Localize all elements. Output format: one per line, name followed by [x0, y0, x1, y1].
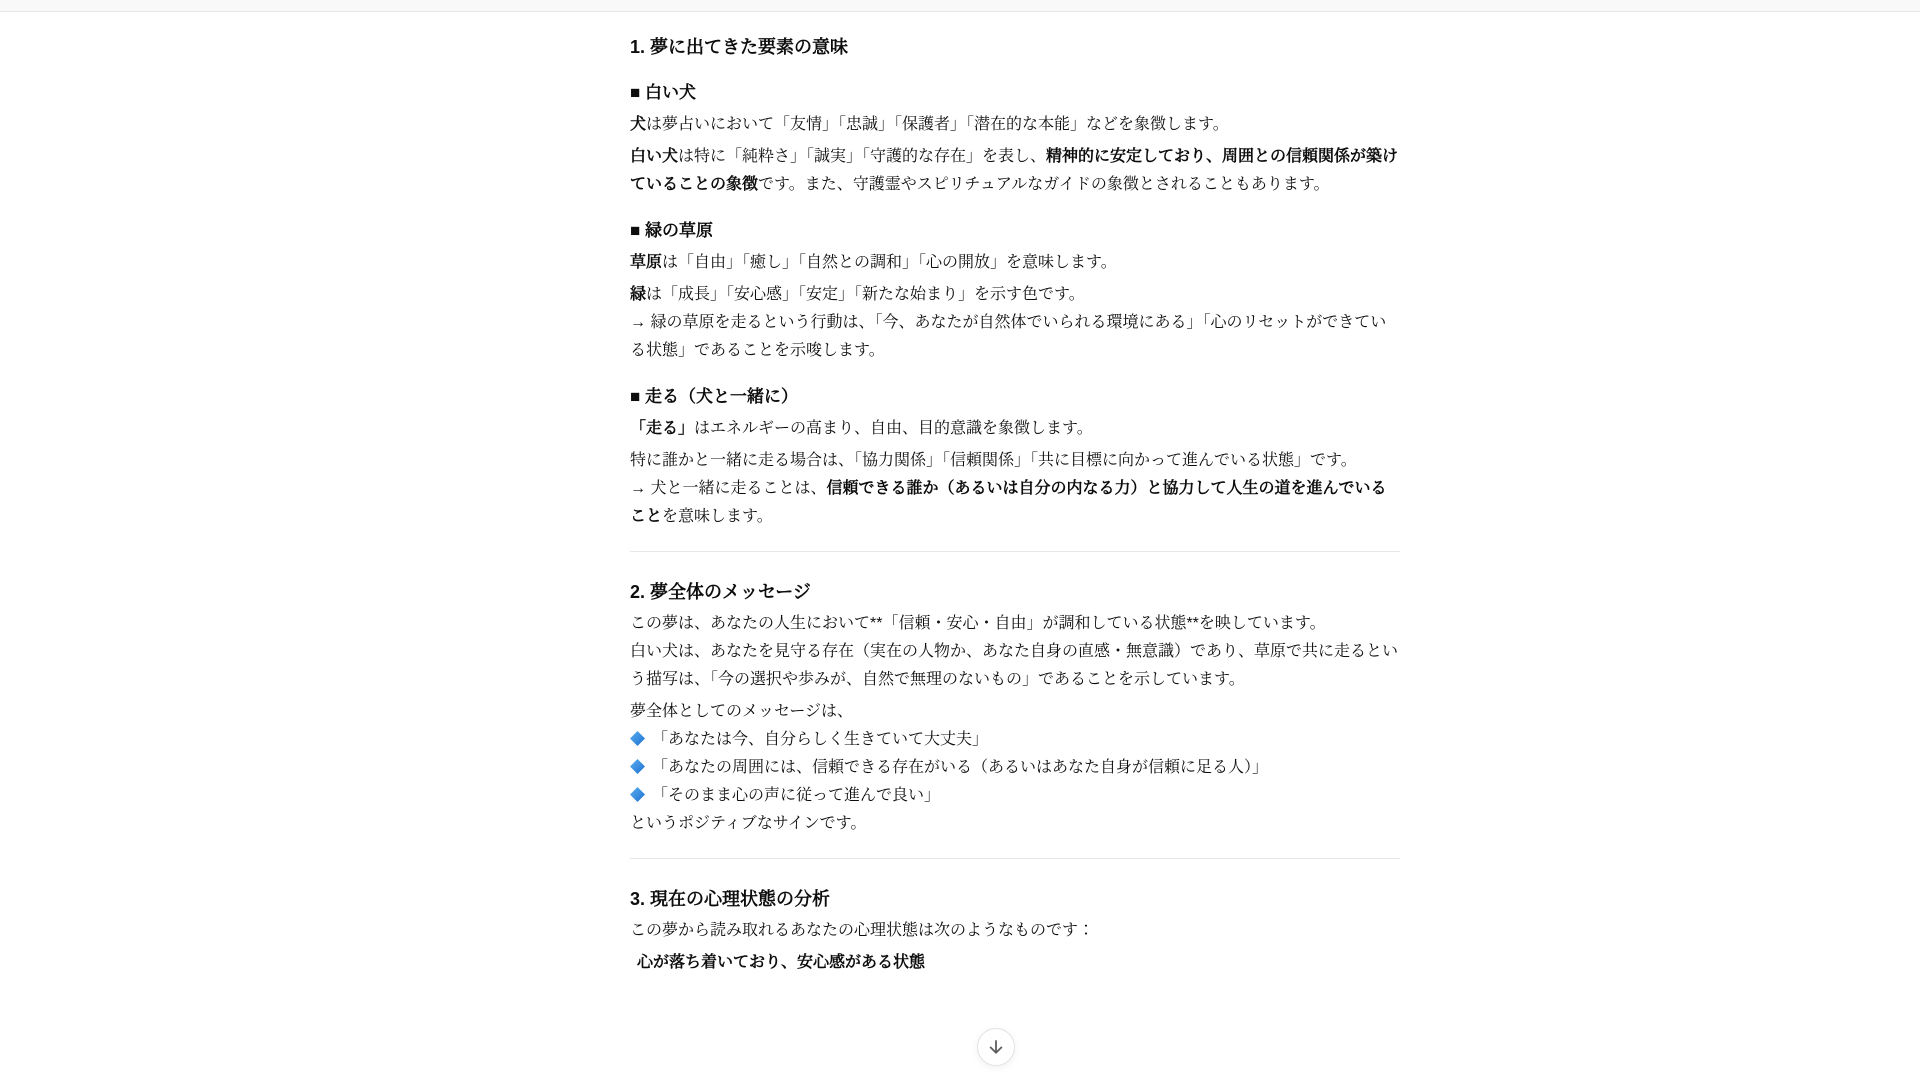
message-bullet: 「そのまま心の声に従って進んで良い」 [630, 782, 1400, 810]
paragraph-dream-message: 夢全体としてのメッセージは、 「あなたは今、自分らしく生きていて大丈夫」 「あな… [630, 698, 1400, 838]
section-2-heading: 2. 夢全体のメッセージ [630, 578, 1400, 606]
paragraph-psychology-intro: この夢から読み取れるあなたの心理状態は次のようなものです： [630, 917, 1400, 945]
blue-diamond-icon [630, 731, 645, 746]
bullet-text-3: 「そのまま心の声に従って進んで良い」 [652, 787, 940, 804]
line-meadow-conclusion: → 緑の草原を走るという行動は、「今、あなたが自然体でいられる環境にある」「心の… [630, 309, 1400, 365]
text-running-conclusion-tail: を意味します。 [662, 508, 773, 525]
subheading-white-dog: ■ 白い犬 [630, 79, 1400, 107]
bold-term-running: 「走る」 [630, 420, 694, 437]
line-running-conclusion: → 犬と一緒に走ることは、信頼できる誰か（あるいは自分の内なる力）と協力して人生… [630, 475, 1400, 531]
text-white-dog-tail: です。また、守護霊やスピリチュアルなガイドの象徴とされることもあります。 [758, 176, 1330, 193]
bullet-text-2: 「あなたの周囲には、信頼できる存在がいる（あるいはあなた自身が信頼に足る人）」 [652, 759, 1268, 776]
line-message-outro: というポジティブなサインです。 [630, 810, 1400, 838]
line-green-color: 緑は「成長」「安心感」「安定」「新たな始まり」を示す色です。 [630, 281, 1400, 309]
subheading-running: ■ 走る（犬と一緒に） [630, 383, 1400, 411]
paragraph-dog-symbolism: 犬は夢占いにおいて「友情」「忠誠」「保護者」「潜在的な本能」などを象徴します。 [630, 111, 1400, 139]
text-green-color: は「成長」「安心感」「安定」「新たな始まり」を示す色です。 [646, 286, 1085, 303]
paragraph-white-dog-meaning: 白い犬は特に「純粋さ」「誠実」「守護的な存在」を表し、精神的に安定しており、周囲… [630, 143, 1400, 199]
paragraph-psychology-state: 心が落ち着いており、安心感がある状態 [630, 949, 1400, 977]
text-meadow-symbolism: は「自由」「癒し」「自然との調和」「心の開放」を意味します。 [662, 254, 1117, 271]
line-message-intro: 夢全体としてのメッセージは、 [630, 698, 1400, 726]
line-dream-harmony: この夢は、あなたの人生において**「信頼・安心・自由」が調和している状態**を映… [630, 610, 1400, 638]
message-bullet: 「あなたは今、自分らしく生きていて大丈夫」 [630, 726, 1400, 754]
bold-term-green: 緑 [630, 286, 646, 303]
line-running-together: 特に誰かと一緒に走る場合は、「協力関係」「信頼関係」「共に目標に向かって進んでい… [630, 447, 1400, 475]
bold-term-meadow: 草原 [630, 254, 662, 271]
subheading-green-meadow: ■ 緑の草原 [630, 217, 1400, 245]
blue-diamond-icon [630, 787, 645, 802]
section-1-heading: 1. 夢に出てきた要素の意味 [630, 33, 1400, 61]
text-running-conclusion-pre: → 犬と一緒に走ることは、 [630, 480, 826, 497]
app-header-bottom-edge [0, 0, 1920, 12]
paragraph-running-together: 特に誰かと一緒に走る場合は、「協力関係」「信頼関係」「共に目標に向かって進んでい… [630, 447, 1400, 531]
paragraph-green-meaning: 緑は「成長」「安心感」「安定」「新たな始まり」を示す色です。 → 緑の草原を走る… [630, 281, 1400, 365]
assistant-message: 1. 夢に出てきた要素の意味 ■ 白い犬 犬は夢占いにおいて「友情」「忠誠」「保… [630, 13, 1400, 981]
bullet-text-1: 「あなたは今、自分らしく生きていて大丈夫」 [652, 731, 988, 748]
section-divider-2 [630, 858, 1400, 859]
arrow-down-icon [987, 1038, 1005, 1056]
section-3-heading: 3. 現在の心理状態の分析 [630, 885, 1400, 913]
message-bullet: 「あなたの周囲には、信頼できる存在がいる（あるいはあなた自身が信頼に足る人）」 [630, 754, 1400, 782]
paragraph-meadow-symbolism: 草原は「自由」「癒し」「自然との調和」「心の開放」を意味します。 [630, 249, 1400, 277]
scroll-to-bottom-button[interactable] [977, 1028, 1015, 1066]
text-running-symbolism: はエネルギーの高まり、自由、目的意識を象徴します。 [694, 420, 1093, 437]
text-white-dog-mid: は特に「純粋さ」「誠実」「守護的な存在」を表し、 [678, 148, 1046, 165]
bold-term-white-dog: 白い犬 [630, 148, 678, 165]
blue-diamond-icon [630, 759, 645, 774]
section-divider-1 [630, 551, 1400, 552]
paragraph-running-symbolism: 「走る」はエネルギーの高まり、自由、目的意識を象徴します。 [630, 415, 1400, 443]
text-dog-symbolism: は夢占いにおいて「友情」「忠誠」「保護者」「潜在的な本能」などを象徴します。 [646, 116, 1229, 133]
paragraph-dream-overview: この夢は、あなたの人生において**「信頼・安心・自由」が調和している状態**を映… [630, 610, 1400, 694]
bold-term-dog: 犬 [630, 116, 646, 133]
line-dream-guardian: 白い犬は、あなたを見守る存在（実在の人物か、あなた自身の直感・無意識）であり、草… [630, 638, 1400, 694]
